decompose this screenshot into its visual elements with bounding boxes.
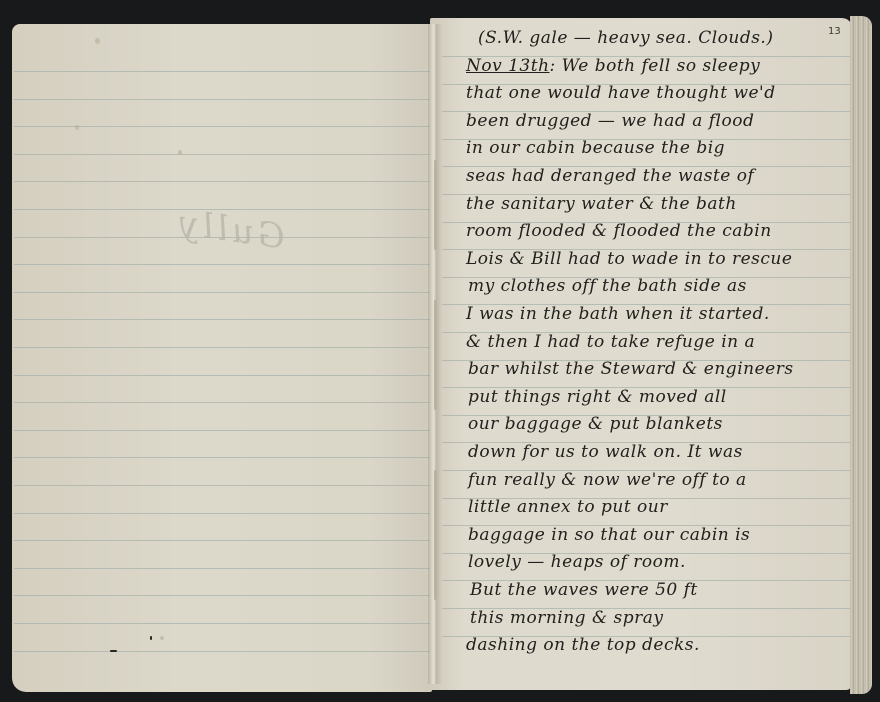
ruled-line: [14, 513, 430, 514]
handwritten-line: (S.W. gale — heavy sea. Clouds.): [478, 28, 773, 48]
handwritten-line: seas had deranged the waste of: [466, 166, 754, 186]
ruled-line: [14, 375, 430, 376]
ruled-line: [14, 457, 430, 458]
handwritten-line: put things right & moved all: [468, 387, 727, 407]
handwritten-line: the sanitary water & the bath: [466, 194, 737, 214]
ruled-line: [14, 402, 430, 403]
binding-stitch: [434, 300, 437, 410]
handwritten-line: baggage in so that our cabin is: [468, 525, 750, 545]
ruled-line: [14, 485, 430, 486]
ruled-line: [14, 154, 430, 155]
handwritten-line: lovely — heaps of room.: [468, 552, 686, 572]
binding-stitch: [434, 470, 437, 600]
handwritten-line: in our cabin because the big: [466, 138, 725, 158]
ruled-line: [14, 71, 430, 72]
handwritten-line: our baggage & put blankets: [468, 414, 723, 434]
ruled-line: [14, 568, 430, 569]
paper-stain: [160, 636, 164, 640]
handwritten-line: But the waves were 50 ft: [470, 580, 698, 600]
handwritten-line: room flooded & flooded the cabin: [466, 221, 772, 241]
handwritten-line: bar whilst the Steward & engineers: [468, 359, 794, 379]
ink-mark: [150, 636, 152, 640]
ruled-line: [14, 99, 430, 100]
handwritten-line: this morning & spray: [470, 608, 663, 628]
paper-stain: [95, 38, 100, 44]
handwritten-line: my clothes off the bath side as: [468, 276, 747, 296]
ruled-line: [14, 292, 430, 293]
left-page: [12, 24, 432, 692]
handwritten-line: Nov 13th: We both fell so sleepy: [466, 56, 760, 76]
paper-stain: [75, 125, 79, 130]
paper-stain: [178, 150, 182, 155]
ruled-line: [14, 264, 430, 265]
ruled-line: [14, 540, 430, 541]
ruled-line: [14, 181, 430, 182]
ruled-line: [14, 347, 430, 348]
handwritten-line: down for us to walk on. It was: [468, 442, 743, 462]
page-number: 13: [828, 26, 841, 37]
handwritten-line: fun really & now we're off to a: [468, 470, 747, 490]
binding-stitch: [434, 160, 437, 250]
handwritten-line: little annex to put our: [468, 497, 668, 517]
handwritten-line: been drugged — we had a flood: [466, 111, 754, 131]
ruled-line: [14, 651, 430, 652]
date-heading: Nov 13th: [466, 56, 550, 76]
ruled-line: [14, 430, 430, 431]
handwritten-line: & then I had to take refuge in a: [466, 332, 755, 352]
ruled-line: [14, 623, 430, 624]
handwritten-line: Lois & Bill had to wade in to rescue: [466, 249, 792, 269]
handwritten-line: dashing on the top decks.: [466, 635, 700, 655]
ink-mark: [110, 650, 117, 652]
ruled-line: [14, 319, 430, 320]
handwritten-line: that one would have thought we'd: [466, 83, 776, 103]
handwritten-line: I was in the bath when it started.: [466, 304, 770, 324]
page-edges: [850, 16, 872, 694]
ruled-line: [14, 595, 430, 596]
